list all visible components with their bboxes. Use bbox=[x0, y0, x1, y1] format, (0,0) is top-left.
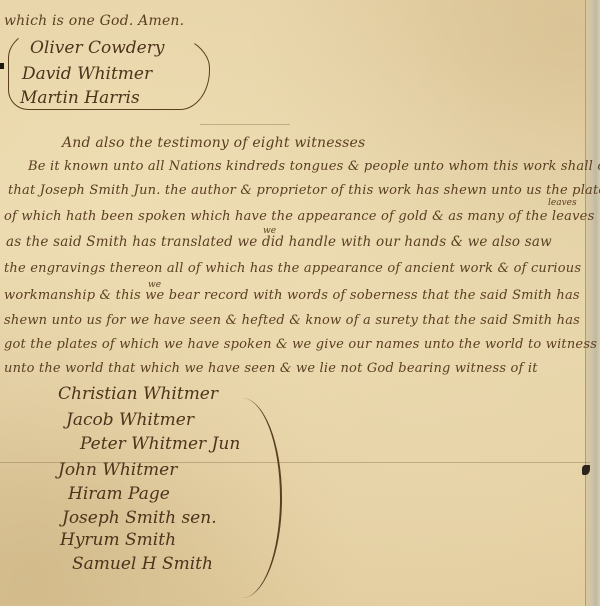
witness-signature-1: Christian Whitmer bbox=[58, 384, 218, 404]
witness-signature-3: Peter Whitmer Jun bbox=[80, 434, 240, 454]
manuscript-page: which is one God. Amen. Oliver Cowdery D… bbox=[0, 0, 600, 606]
section-heading: And also the testimony of eight witnesse… bbox=[62, 136, 365, 150]
body-line-9: unto the world that which we have seen &… bbox=[4, 362, 538, 375]
body-line-5: the engravings thereon all of which has … bbox=[4, 262, 581, 275]
body-line-8: got the plates of which we have spoken &… bbox=[4, 338, 597, 351]
signature-1: Oliver Cowdery bbox=[30, 38, 164, 58]
insertion-leaves: leaves bbox=[548, 198, 577, 208]
signature-3: Martin Harris bbox=[20, 88, 140, 108]
body-line-3: of which hath been spoken which have the… bbox=[4, 210, 594, 223]
body-line-6: workmanship & this we bear record with w… bbox=[4, 289, 580, 302]
witness-signature-8: Samuel H Smith bbox=[72, 554, 213, 574]
faint-rule bbox=[200, 124, 290, 125]
signature-bracket-bottom bbox=[240, 398, 282, 598]
witness-signature-2: Jacob Whitmer bbox=[66, 410, 194, 430]
body-line-1: Be it known unto all Nations kindreds to… bbox=[28, 160, 600, 173]
signature-2: David Whitmer bbox=[22, 64, 152, 84]
body-line-4: as the said Smith has translated we did … bbox=[6, 236, 552, 250]
page-edge bbox=[585, 0, 600, 606]
witness-signature-5: Hiram Page bbox=[68, 484, 170, 504]
witness-signature-4: John Whitmer bbox=[58, 460, 177, 480]
witness-signature-7: Hyrum Smith bbox=[60, 530, 176, 550]
witness-signature-6: Joseph Smith sen. bbox=[62, 508, 217, 528]
body-line-7: shewn unto us for we have seen & hefted … bbox=[4, 314, 580, 327]
body-line-2: that Joseph Smith Jun. the author & prop… bbox=[8, 184, 600, 197]
ink-blot bbox=[0, 63, 4, 69]
closing-line: which is one God. Amen. bbox=[4, 14, 184, 28]
